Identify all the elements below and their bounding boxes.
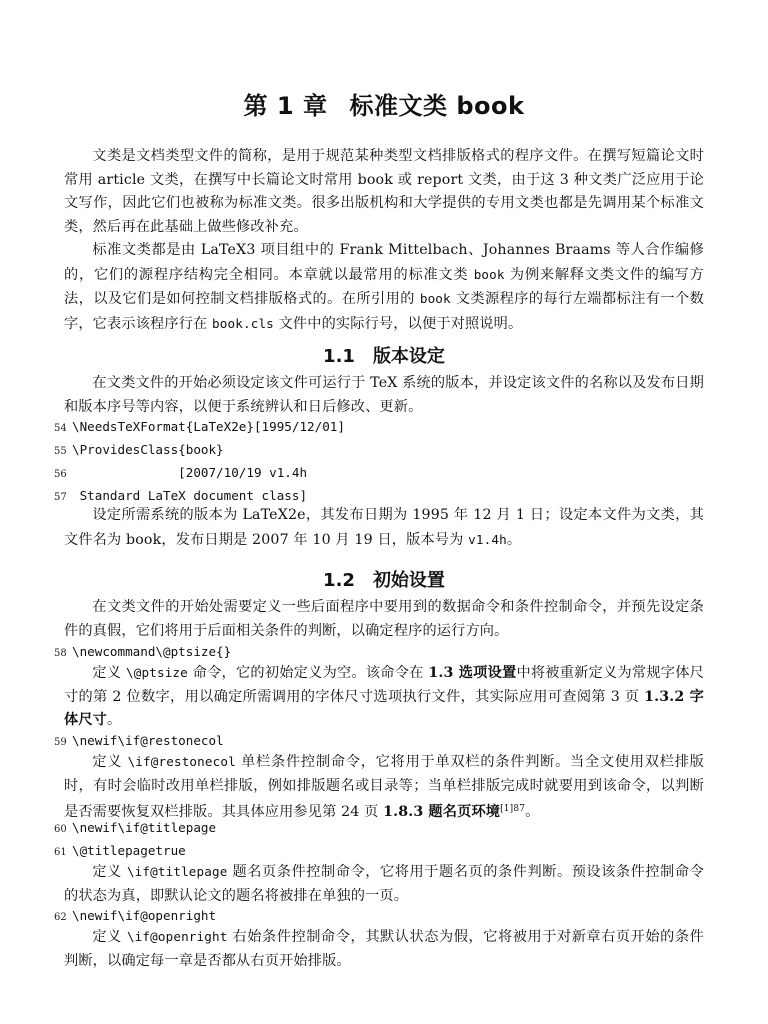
section-title-1-2: 1.2初始设置	[64, 566, 704, 592]
code-text: Standard LaTeX document class]	[72, 488, 307, 503]
code-inline: \if@titlepage	[127, 864, 228, 879]
section-name: 初始设置	[373, 570, 445, 591]
text-run: 文件中的实际行号，以便于对照说明。	[274, 316, 522, 332]
code-line-54: 54\NeedsTeXFormat{LaTeX2e}[1995/12/01]	[54, 415, 714, 440]
code-text: \newcommand\@ptsize{}	[72, 644, 231, 659]
code-inline: book.cls	[212, 316, 274, 331]
text-run: 定义	[92, 929, 127, 945]
code-text: \newif\if@titlepage	[72, 820, 216, 835]
text-run: 定义	[92, 754, 127, 770]
code-text: \newif\if@openright	[72, 908, 216, 923]
line-number: 56	[54, 463, 72, 486]
code-inline: book	[474, 267, 505, 282]
section2-paragraph-4: 定义 \if@titlepage 题名页条件控制命令，它将用于题名页的条件判断。…	[64, 860, 704, 908]
code-line-55: 55\ProvidesClass{book}	[54, 438, 714, 463]
cross-reference[interactable]: 1.3 选项设置	[428, 665, 516, 681]
section-number: 1.1	[323, 346, 355, 367]
line-number: 54	[54, 417, 72, 440]
code-text: [2007/10/19 v1.4h	[72, 465, 307, 480]
text-run: 定义	[92, 665, 126, 681]
text-run: 定义	[92, 864, 127, 880]
code-text: \newif\if@restonecol	[72, 733, 224, 748]
code-line-56: 56 [2007/10/19 v1.4h	[54, 461, 714, 486]
section-name: 版本设定	[373, 346, 445, 367]
citation-superscript[interactable]: [1]87	[500, 804, 525, 814]
text-run: 。	[107, 712, 121, 728]
code-text: \@titlepagetrue	[72, 843, 186, 858]
code-text: \NeedsTeXFormat{LaTeX2e}[1995/12/01]	[72, 419, 345, 434]
code-inline: \@ptsize	[126, 665, 188, 680]
text-run: 命令，它的初始定义为空。该命令在	[188, 665, 428, 681]
line-number: 60	[54, 818, 72, 841]
code-inline: book	[420, 291, 451, 306]
code-line-60: 60\newif\if@titlepage	[54, 816, 714, 841]
line-number: 55	[54, 440, 72, 463]
section-title-1-1: 1.1版本设定	[64, 342, 704, 368]
section2-paragraph-1: 在文类文件的开始处需要定义一些后面程序中要用到的数据命令和条件控制命令，并预先设…	[64, 596, 704, 643]
section1-paragraph-1: 在文类文件的开始必须设定该文件可运行于 TeX 系统的版本，并设定该文件的名称以…	[64, 372, 704, 419]
chapter-title: 第 1 章标准文类 book	[64, 86, 704, 121]
code-inline: \if@openright	[127, 929, 228, 944]
section2-paragraph-5: 定义 \if@openright 右始条件控制命令，其默认状态为假，它将被用于对…	[64, 925, 704, 973]
section-number: 1.2	[323, 570, 355, 591]
section2-paragraph-2: 定义 \@ptsize 命令，它的初始定义为空。该命令在 1.3 选项设置中将被…	[64, 661, 704, 733]
section2-paragraph-3: 定义 \if@restonecol 单栏条件控制命令，它将用于单双栏的条件判断。…	[64, 750, 704, 825]
intro-paragraph-2: 标准文类都是由 LaTeX3 项目组中的 Frank Mittelbach、Jo…	[64, 239, 704, 336]
code-text: \ProvidesClass{book}	[72, 442, 224, 457]
intro-paragraph-1: 文类是文档类型文件的简称，是用于规范某种类型文档排版格式的程序文件。在撰写短篇论…	[64, 145, 704, 239]
section1-paragraph-2: 设定所需系统的版本为 LaTeX2e，其发布日期为 1995 年 12 月 1 …	[64, 504, 704, 552]
text-run: 。	[507, 532, 521, 548]
code-inline: v1.4h	[468, 532, 507, 547]
chapter-number: 第 1 章	[244, 92, 328, 120]
text-run: 设定所需系统的版本为 LaTeX2e，其发布日期为 1995 年 12 月 1 …	[64, 507, 704, 548]
code-inline: \if@restonecol	[128, 754, 236, 769]
chapter-name: 标准文类 book	[349, 92, 524, 120]
